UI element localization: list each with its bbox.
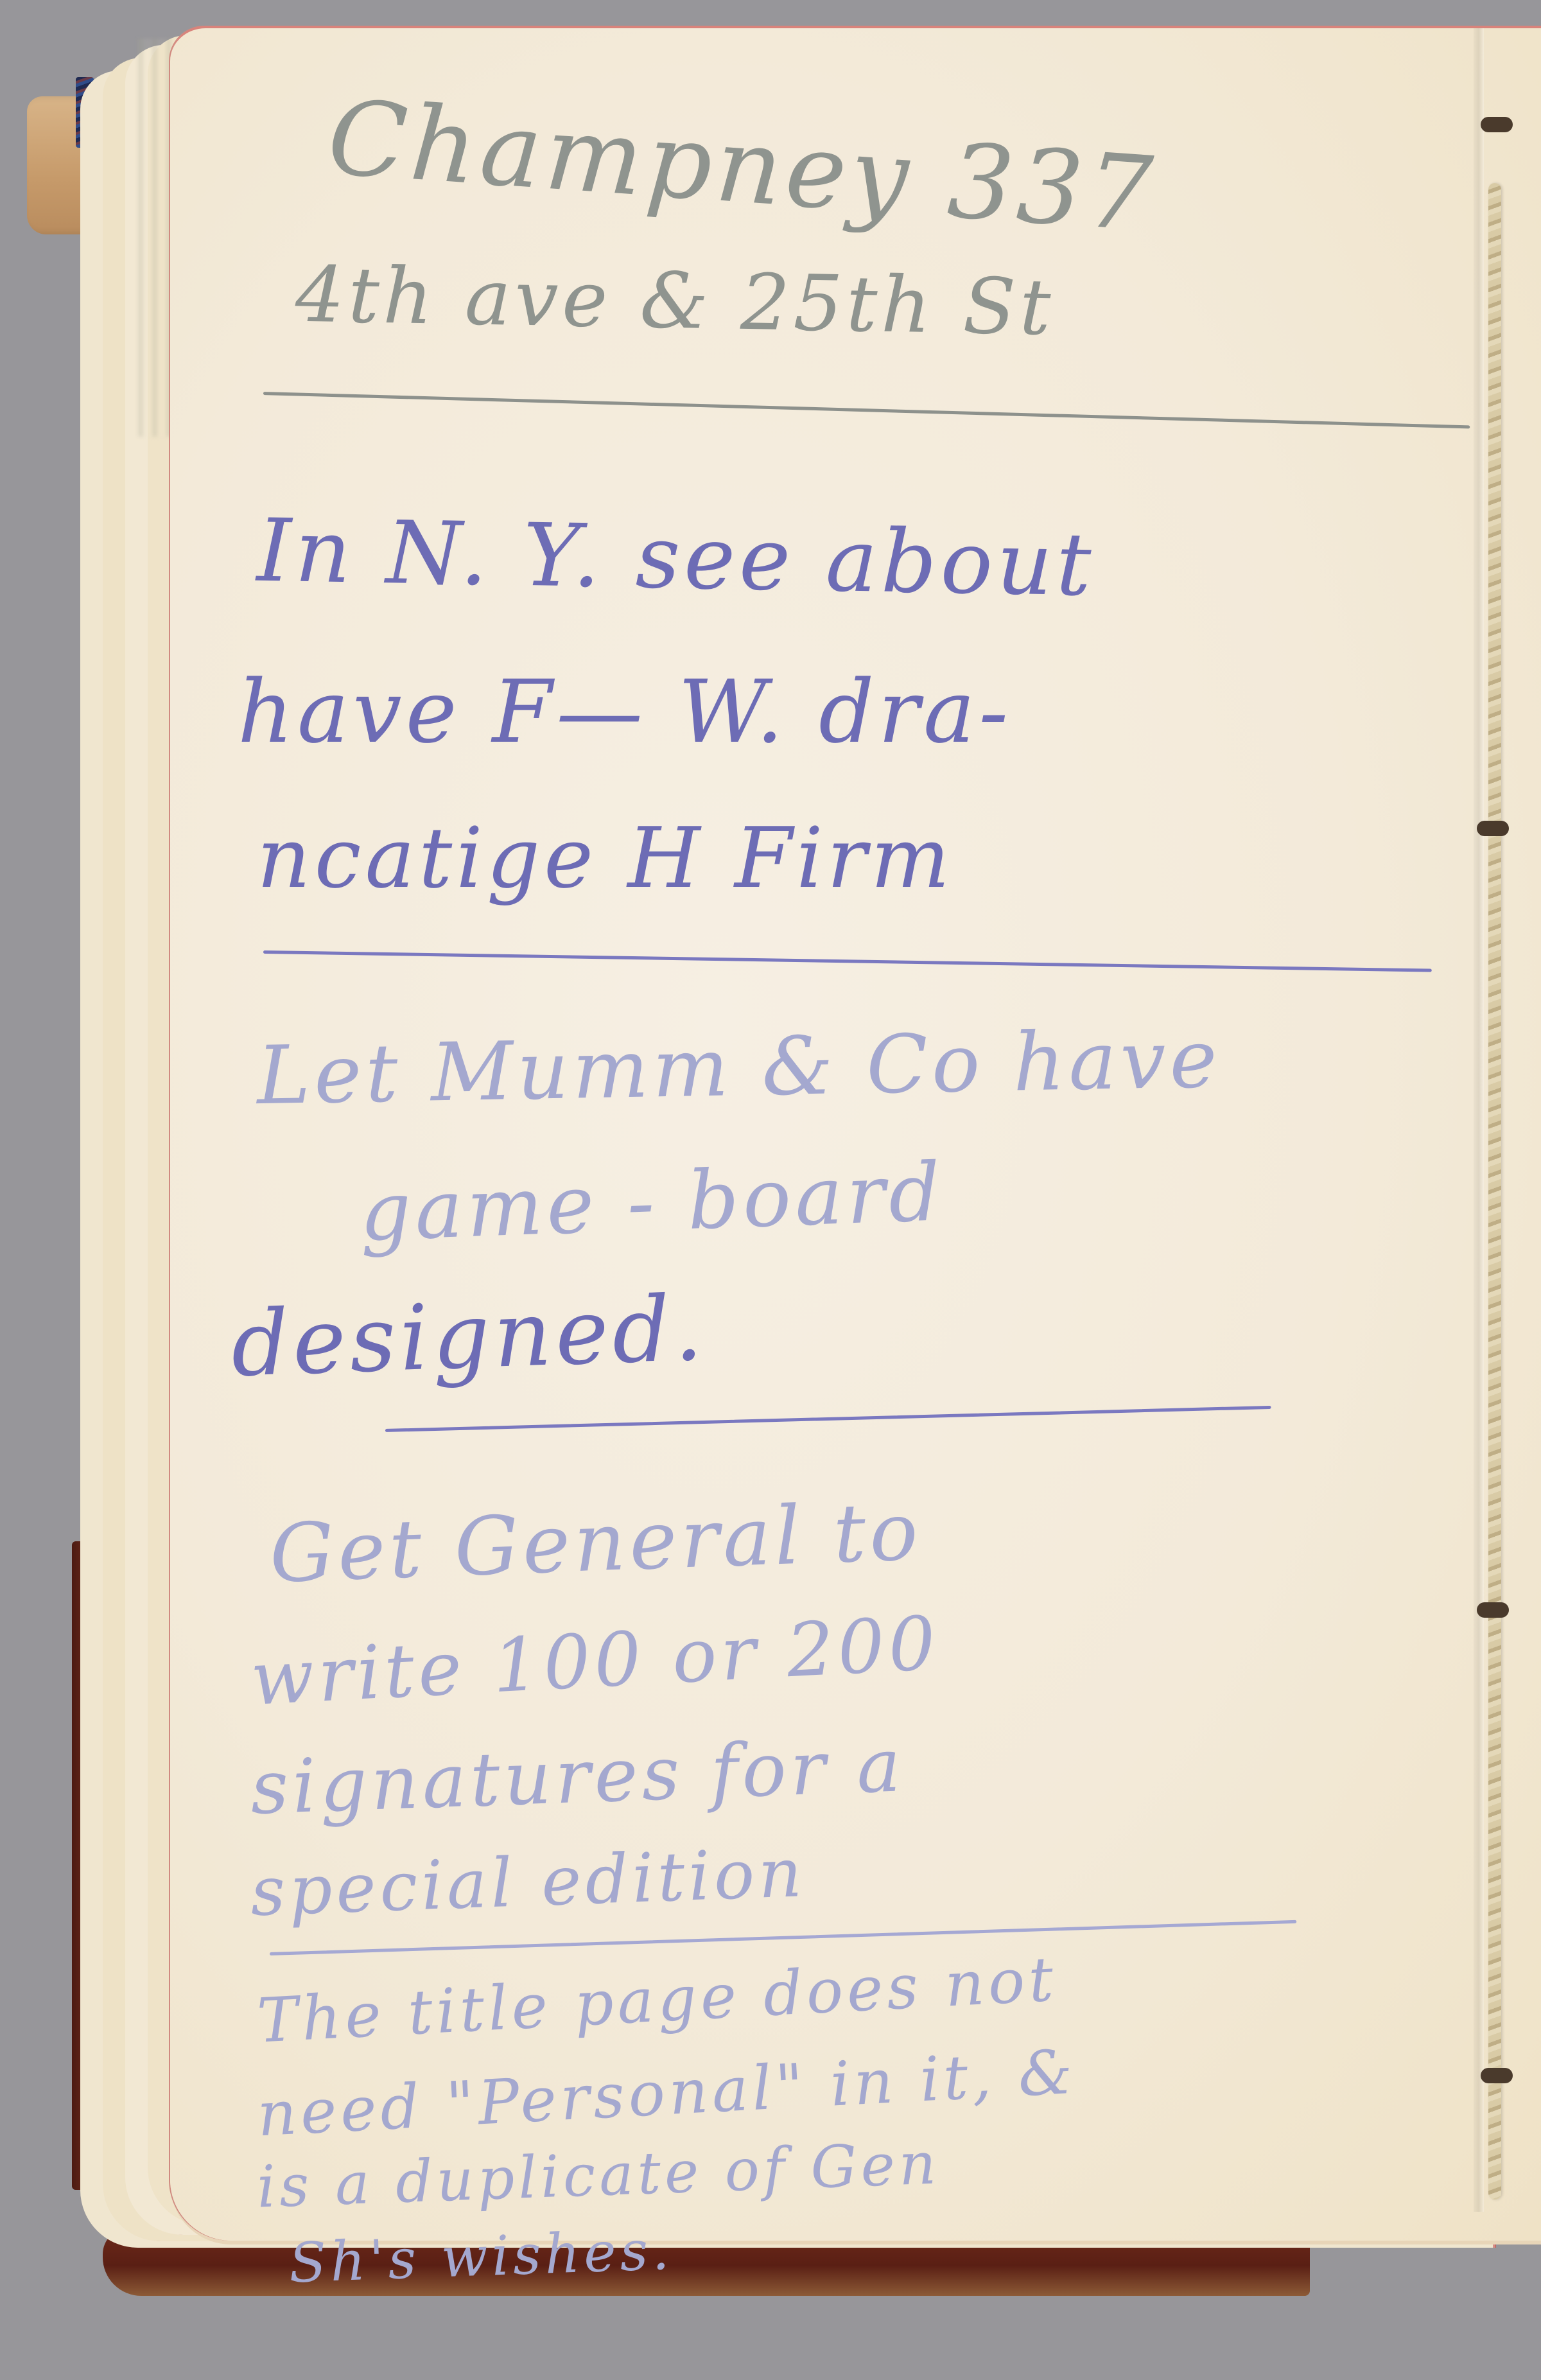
- binding-string: [1488, 183, 1501, 2200]
- handwritten-line: designed.: [229, 1276, 708, 1397]
- page-gutter: [1474, 28, 1484, 2212]
- handwritten-line: have F— W. dra-: [238, 661, 1012, 762]
- handwritten-line: 4th ave & 25th St: [295, 250, 1055, 353]
- handwritten-line: ncatige H Firm: [257, 809, 953, 907]
- sewing-hole: [1477, 1602, 1509, 1618]
- sewing-hole: [1481, 2068, 1513, 2083]
- handwritten-line: In N. Y. see about: [256, 500, 1096, 616]
- handwritten-line: Sh's wishes.: [288, 2219, 674, 2296]
- sewing-hole: [1477, 821, 1509, 836]
- sewing-hole: [1481, 117, 1513, 132]
- handwritten-line: Let Mumm & Co have: [256, 1013, 1222, 1123]
